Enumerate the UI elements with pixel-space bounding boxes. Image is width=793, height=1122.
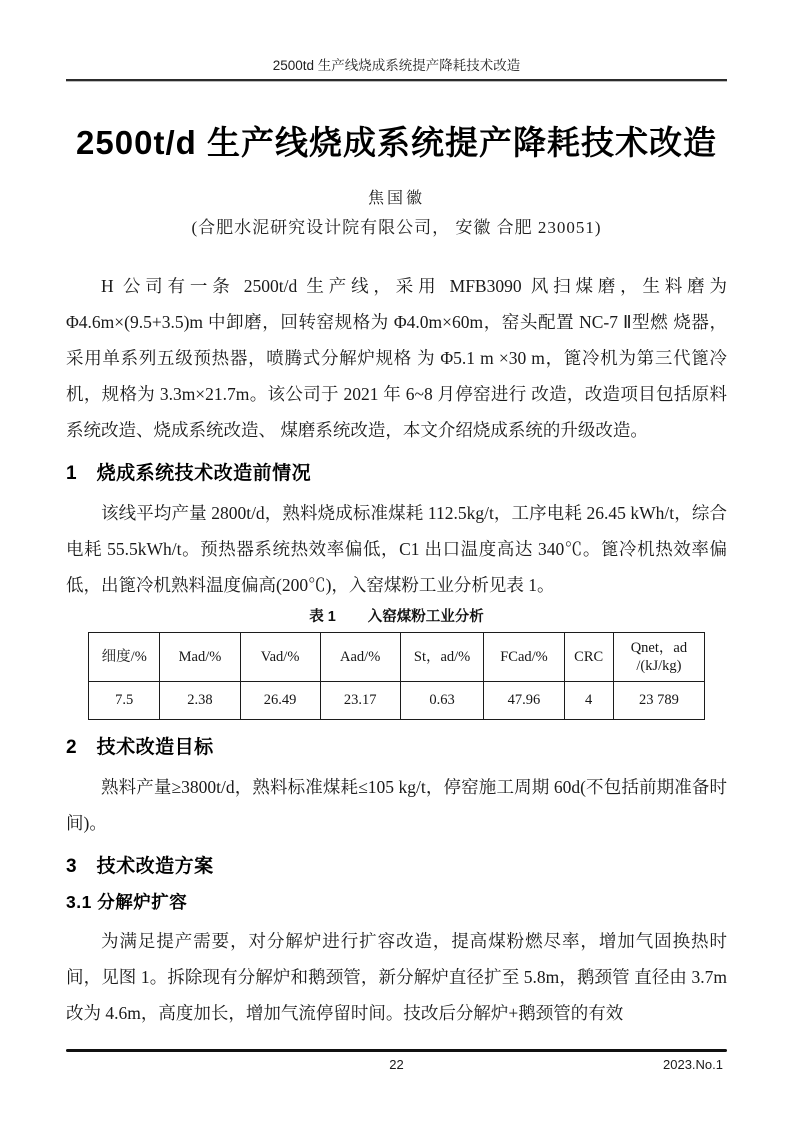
table-1-caption-label: 表 1 bbox=[309, 609, 336, 625]
section-2-heading: 2 技术改造目标 bbox=[66, 734, 727, 761]
table-data-row: 7.5 2.38 26.49 23.17 0.63 47.96 4 23 789 bbox=[89, 682, 705, 720]
table-data-cell: 7.5 bbox=[89, 682, 160, 720]
table-data-cell: 26.49 bbox=[240, 682, 320, 720]
table-header-cell: Qnet，ad /(kJ/kg) bbox=[613, 633, 704, 682]
section-1-paragraph: 该线平均产量 2800t/d，熟料烧成标准煤耗 112.5kg/t，工序电耗 2… bbox=[66, 495, 727, 603]
table-header-cell: Aad/% bbox=[320, 633, 400, 682]
footer-rule bbox=[66, 1049, 727, 1052]
section-3-1-paragraph: 为满足提产需要，对分解炉进行扩容改造，提高煤粉燃尽率，增加气固换热时间，见图 1… bbox=[66, 923, 727, 1031]
table-header-row: 细度/% Mad/% Vad/% Aad/% St，ad/% FCad/% CR… bbox=[89, 633, 705, 682]
table-1-coal-analysis: 细度/% Mad/% Vad/% Aad/% St，ad/% FCad/% CR… bbox=[88, 632, 705, 720]
table-1-caption-title: 入窑煤粉工业分析 bbox=[368, 609, 484, 625]
section-3-heading: 3 技术改造方案 bbox=[66, 853, 727, 880]
table-data-cell: 2.38 bbox=[160, 682, 240, 720]
section-1-heading: 1 烧成系统技术改造前情况 bbox=[66, 460, 727, 487]
table-header-cell: FCad/% bbox=[484, 633, 564, 682]
article-title: 2500t/d 生产线烧成系统提产降耗技术改造 bbox=[66, 122, 727, 164]
running-title: 2500td 生产线烧成系统提产降耗技术改造 bbox=[66, 0, 727, 74]
intro-paragraph: H 公司有一条 2500t/d 生产线，采用 MFB3090 风扫煤磨，生料磨为… bbox=[66, 268, 727, 448]
author-name: 焦国徽 bbox=[66, 188, 727, 210]
header-rule bbox=[66, 79, 727, 82]
table-header-cell: St，ad/% bbox=[400, 633, 484, 682]
table-data-cell: 23 789 bbox=[613, 682, 704, 720]
table-1-caption: 表 1入窑煤粉工业分析 bbox=[66, 607, 727, 627]
section-3-1-heading: 3.1 分解炉扩容 bbox=[66, 890, 727, 915]
table-data-cell: 4 bbox=[564, 682, 613, 720]
table-header-cell: CRC bbox=[564, 633, 613, 682]
section-2-paragraph: 熟料产量≥3800t/d，熟料标准煤耗≤105 kg/t，停窑施工周期 60d(… bbox=[66, 769, 727, 841]
author-affiliation: (合肥水泥研究设计院有限公司， 安徽 合肥 230051) bbox=[66, 216, 727, 240]
page-number: 22 bbox=[66, 1056, 727, 1073]
document-page: 2500td 生产线烧成系统提产降耗技术改造 2500t/d 生产线烧成系统提产… bbox=[0, 0, 793, 1122]
table-header-cell: Mad/% bbox=[160, 633, 240, 682]
table-header-cell: Vad/% bbox=[240, 633, 320, 682]
table-data-cell: 47.96 bbox=[484, 682, 564, 720]
issue-label: 2023.No.1 bbox=[663, 1056, 723, 1073]
table-header-cell: 细度/% bbox=[89, 633, 160, 682]
table-data-cell: 23.17 bbox=[320, 682, 400, 720]
table-data-cell: 0.63 bbox=[400, 682, 484, 720]
